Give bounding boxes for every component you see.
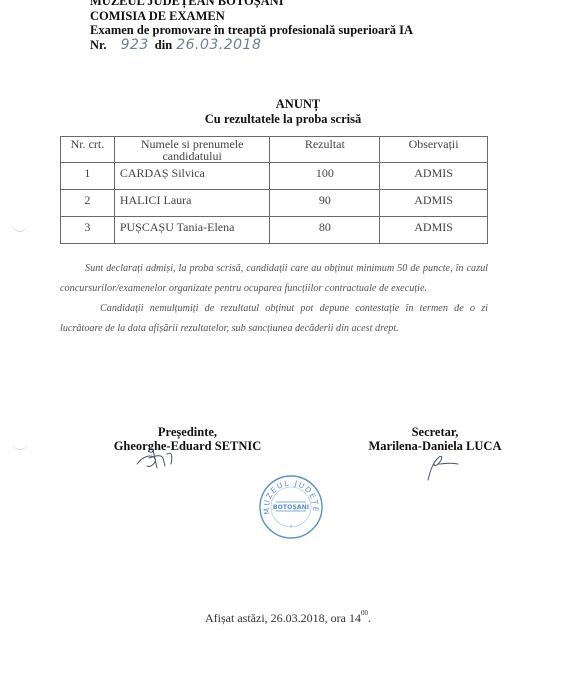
stamp-center-text: BOTOȘANI — [273, 504, 309, 511]
cell-name: PUȘCAȘU Tania-Elena — [114, 217, 270, 244]
exam-name: Examen de promovare în treaptă profesion… — [90, 23, 413, 38]
registration-date: 26.03.2018 — [176, 38, 261, 53]
appeal-info-paragraph: Candidații nemulțumiți de rezultatul obț… — [60, 299, 488, 339]
punch-hole-mark — [12, 222, 28, 232]
cell-name: HALICI Laura — [114, 190, 270, 217]
cell-nr: 1 — [61, 163, 115, 190]
results-table: Nr. crt. Numele si prenumele candidatulu… — [60, 136, 488, 244]
cell-result: 100 — [270, 163, 380, 190]
cell-result: 90 — [270, 190, 380, 217]
cell-result: 80 — [270, 217, 380, 244]
din-label: din — [155, 38, 172, 53]
registration-line: Nr. 923 din 26.03.2018 — [90, 38, 413, 53]
posted-time-minutes: 00 — [361, 609, 368, 617]
institution-name: MUZEUL JUDEȚEAN BOTOȘANI — [90, 0, 413, 9]
museum-stamp-icon: MUZEUL JUDEȚEAN BOTOȘANI * — [258, 474, 324, 540]
cell-nr: 2 — [61, 190, 115, 217]
document-header: MUZEUL JUDEȚEAN BOTOȘANI COMISIA DE EXAM… — [90, 0, 413, 52]
table-row: 2 HALICI Laura 90 ADMIS — [61, 190, 488, 217]
posted-date-suffix: . — [368, 611, 371, 625]
president-name: Gheorghe-Eduard SETNIC — [100, 439, 275, 453]
cell-observation: ADMIS — [380, 217, 488, 244]
secretary-signature-block: Secretar, Marilena-Daniela LUCA — [365, 425, 505, 453]
column-header-observations: Observații — [380, 137, 488, 163]
nr-label: Nr. — [90, 38, 107, 53]
president-signature-icon — [133, 446, 183, 472]
table-row: 3 PUȘCAȘU Tania-Elena 80 ADMIS — [61, 217, 488, 244]
column-header-nr: Nr. crt. — [61, 137, 115, 163]
president-signature-block: Președinte, Gheorghe-Eduard SETNIC — [100, 425, 275, 453]
posted-date-text: Afișat astăzi, 26.03.2018, ora 14 — [205, 611, 361, 625]
secretary-role: Secretar, — [365, 425, 505, 439]
announcement-subheading: Cu rezultatele la proba scrisă — [0, 112, 566, 127]
cell-observation: ADMIS — [380, 190, 488, 217]
cell-observation: ADMIS — [380, 163, 488, 190]
cell-nr: 3 — [61, 217, 115, 244]
president-role: Președinte, — [100, 425, 275, 439]
announcement-title: ANUNȚ Cu rezultatele la proba scrisă — [0, 97, 566, 127]
cell-name: CARDAȘ Silvica — [114, 163, 270, 190]
column-header-name: Numele si prenumele candidatului — [114, 137, 270, 163]
admission-criteria-paragraph: Sunt declarați admiși, la proba scrisă, … — [60, 259, 488, 299]
secretary-name: Marilena-Daniela LUCA — [365, 439, 505, 453]
secretary-signature-icon — [420, 452, 462, 482]
svg-text:*: * — [290, 525, 293, 531]
table-row: 1 CARDAȘ Silvica 100 ADMIS — [61, 163, 488, 190]
table-header-row: Nr. crt. Numele si prenumele candidatulu… — [61, 137, 488, 163]
registration-number: 923 — [121, 38, 149, 53]
announcement-heading: ANUNȚ — [0, 97, 566, 112]
posted-date-note: Afișat astăzi, 26.03.2018, ora 1400. — [0, 611, 566, 626]
column-header-result: Rezultat — [270, 137, 380, 163]
commission-name: COMISIA DE EXAMEN — [90, 9, 413, 24]
punch-hole-mark — [12, 440, 28, 450]
